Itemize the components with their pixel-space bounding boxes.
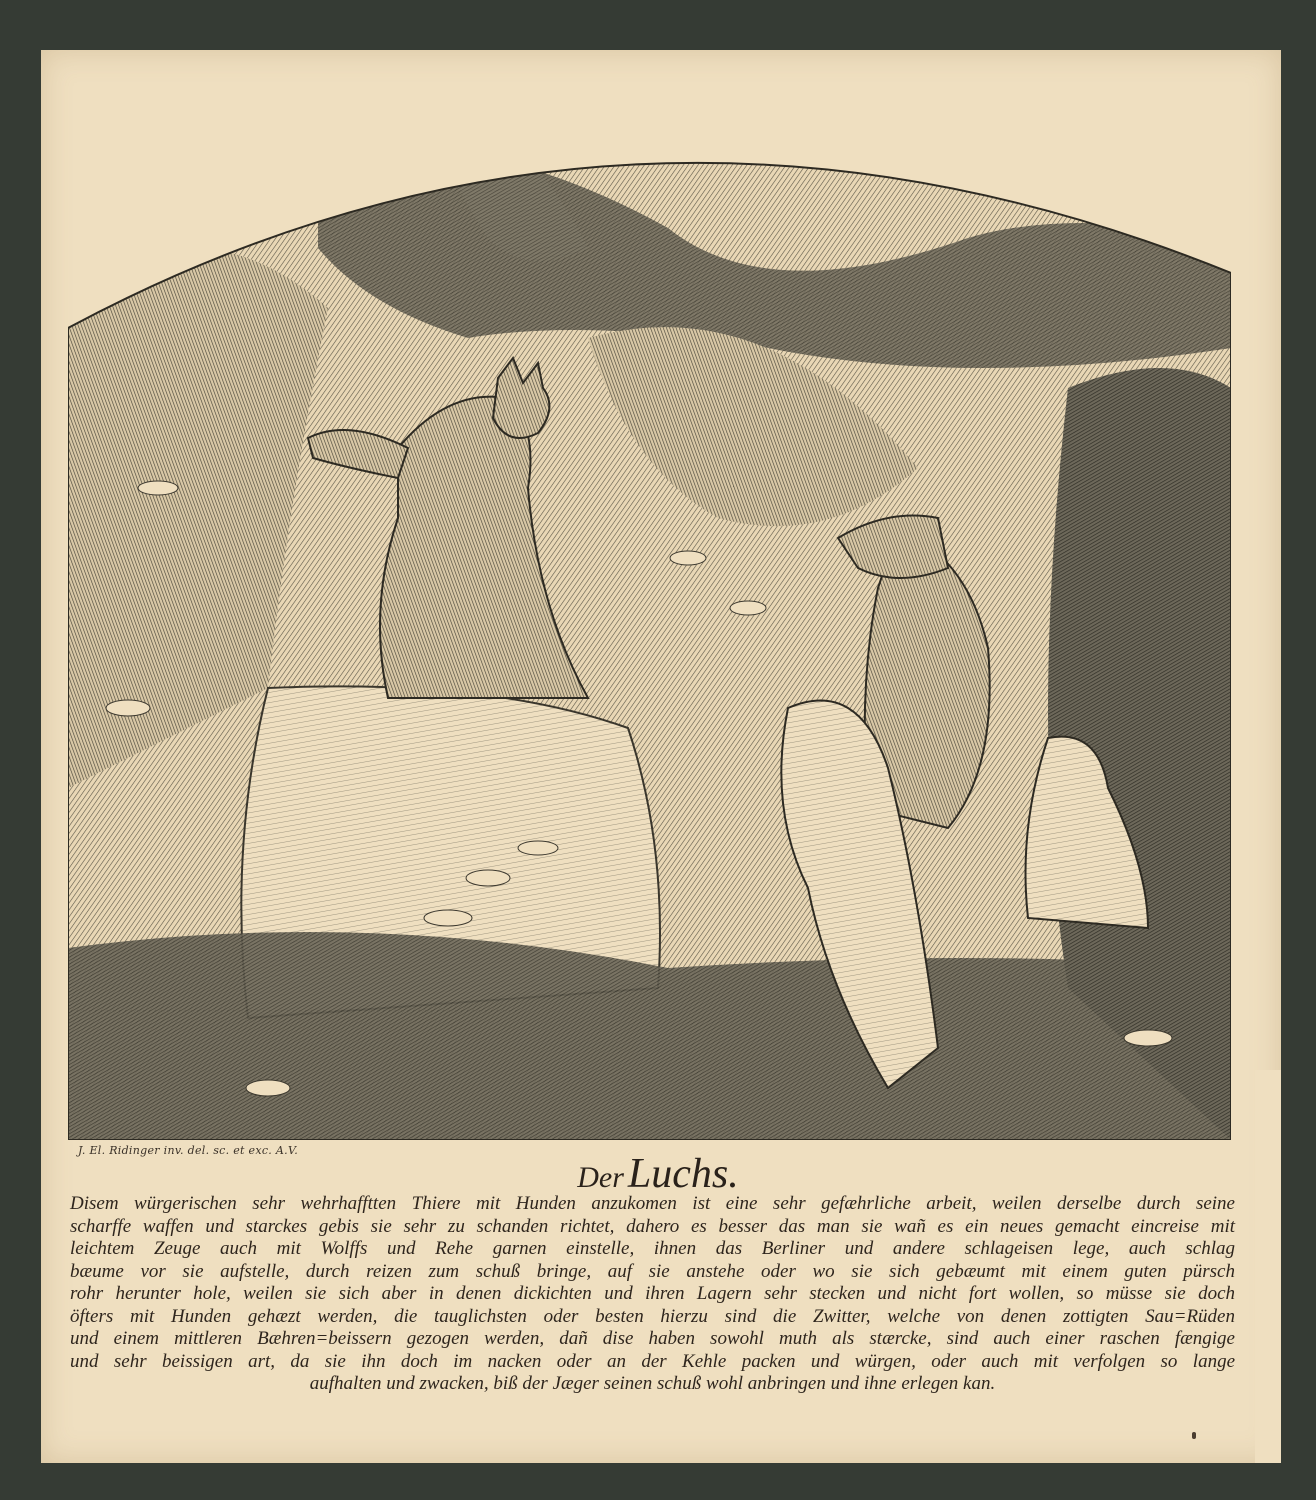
text-line: scharffe waffen und starckes gebis sie s… — [70, 1216, 1235, 1239]
text-line: leichtem Zeuge auch mit Wolffs und Rehe … — [70, 1238, 1235, 1261]
title-prefix: Der — [577, 1161, 624, 1194]
engraving-illustration — [68, 88, 1231, 1140]
text-line: bæume vor sie aufstelle, durch reizen zu… — [70, 1261, 1235, 1284]
paper-speck — [1192, 1432, 1196, 1439]
print-title: Der Luchs. — [0, 1150, 1316, 1198]
text-line: Disem würgerischen sehr wehrhafftten Thi… — [70, 1193, 1235, 1216]
description-text: Disem würgerischen sehr wehrhafftten Thi… — [70, 1193, 1235, 1396]
text-line: rohr herunter hole, weilen sie sich aber… — [70, 1283, 1235, 1306]
text-line: und sehr beissigen art, da sie ihn doch … — [70, 1351, 1235, 1374]
paper-edge — [1255, 1070, 1281, 1463]
text-line: und einem mittleren Bæhren=beissern gezo… — [70, 1328, 1235, 1351]
title-main: Luchs. — [628, 1151, 739, 1197]
text-line: aufhalten und zwacken, biß der Jæger sei… — [70, 1373, 1235, 1396]
text-line: öfters mit Hunden gehæzt werden, die tau… — [70, 1306, 1235, 1329]
lynx-hunt-scene — [68, 88, 1231, 1140]
